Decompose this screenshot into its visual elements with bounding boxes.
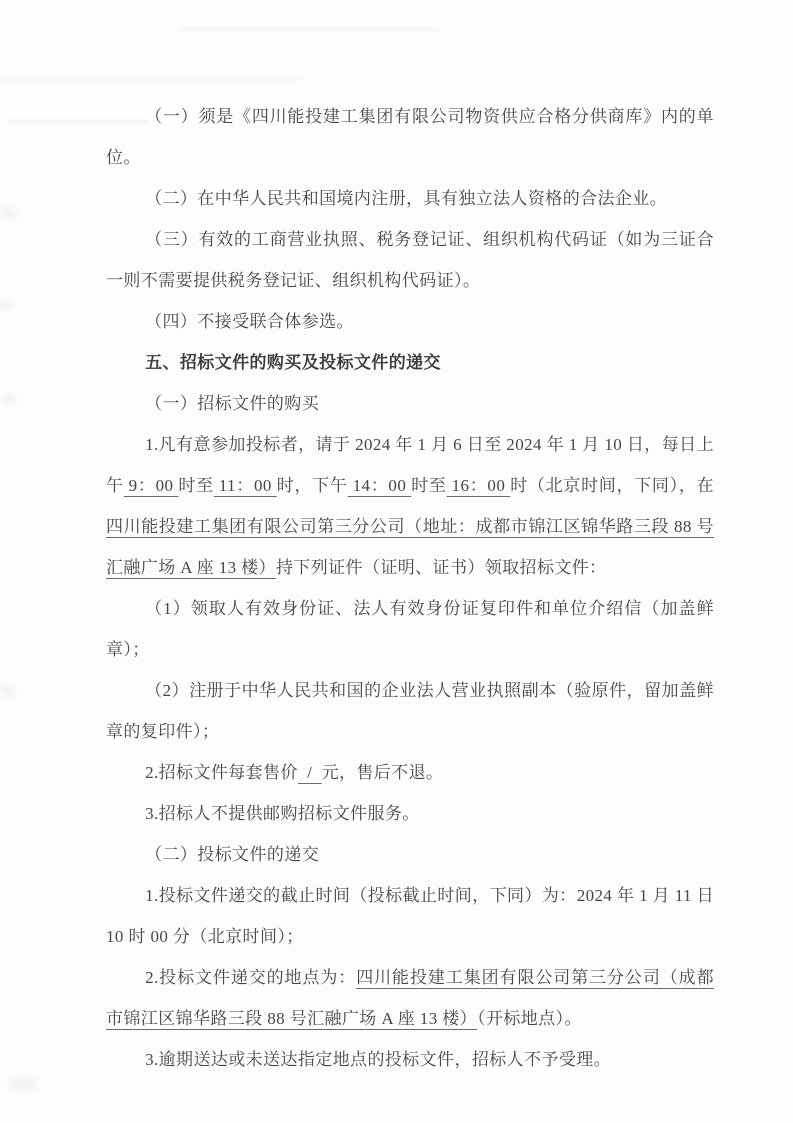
text-segment: 3.招标人不提供邮购招标文件服务。 [145,804,420,823]
paragraph-purchase-item-3: 3.招标人不提供邮购招标文件服务。 [106,793,714,834]
underlined-text-segment: 11：00 [214,476,277,495]
text-segment: 元，售后不退。 [322,763,444,782]
text-segment: 时至 [411,476,446,495]
paragraph-clause-2: （二）在中华人民共和国境内注册，具有独立法人资格的合法企业。 [106,178,714,219]
text-segment: 持下列证件（证明、证书）领取招标文件： [276,558,607,577]
text-segment: （四）不接受联合体参选。 [145,312,354,331]
underlined-text-segment: / [298,763,322,782]
text-segment: （三）有效的工商营业执照、税务登记证、组织机构代码证（如为三证合一则不需要提供税… [106,230,714,290]
paragraph-submission-item-2: 2.投标文件递交的地点为：四川能投建工集团有限公司第三分公司（成都市锦江区锦华路… [106,957,714,1039]
paragraph-clause-1: （一）须是《四川能投建工集团有限公司物资供应合格分供商库》内的单位。 [106,96,714,178]
text-segment: 时至 [178,476,213,495]
paragraph-clause-4: （四）不接受联合体参选。 [106,301,714,342]
underlined-text-segment: 14：00 [348,476,412,495]
paragraph-purchase-item-1: 1.凡有意参加投标者，请于 2024 年 1 月 6 日至 2024 年 1 月… [106,424,714,588]
paragraph-subsection-2-title: （二）投标文件的递交 [106,834,714,875]
scan-artifact [2,394,15,403]
paragraph-credential-item-2: （2）注册于中华人民共和国的企业法人营业执照副本（验原件，留加盖鲜章的复印件）； [106,670,714,752]
scan-streak [180,28,440,31]
section-heading: 五、招标文件的购买及投标文件的递交 [106,342,714,383]
document-body: （一）须是《四川能投建工集团有限公司物资供应合格分供商库》内的单位。（二）在中华… [106,96,714,1080]
text-segment: （二）投标文件的递交 [145,845,319,864]
text-segment: （二）在中华人民共和国境内注册，具有独立法人资格的合法企业。 [145,189,667,208]
scanned-document-page: （一）须是《四川能投建工集团有限公司物资供应合格分供商库》内的单位。（二）在中华… [0,0,793,1123]
paragraph-credential-item-1: （1）领取人有效身份证、法人有效身份证复印件和单位介绍信（加盖鲜章）； [106,588,714,670]
paragraph-purchase-item-2: 2.招标文件每套售价 / 元，售后不退。 [106,752,714,793]
text-segment: 2.投标文件递交的地点为： [145,968,356,987]
text-segment: 时（北京时间，下同），在 [510,476,714,495]
scan-artifact [0,300,12,309]
scan-artifact [2,208,16,218]
underlined-text-segment: 16：00 [447,476,511,495]
text-segment: 五、招标文件的购买及投标文件的递交 [145,353,441,372]
text-segment: （一）须是《四川能投建工集团有限公司物资供应合格分供商库》内的单位。 [106,107,714,167]
paragraph-submission-item-1: 1.投标文件递交的截止时间（投标截止时间，下同）为：2024 年 1 月 11 … [106,875,714,957]
text-segment: 时，下午 [277,476,348,495]
scan-streak [0,78,300,81]
text-segment: （2）注册于中华人民共和国的企业法人营业执照副本（验原件，留加盖鲜章的复印件）； [106,681,714,741]
paragraph-submission-item-3: 3.逾期送达或未送达指定地点的投标文件，招标人不予受理。 [106,1039,714,1080]
text-segment: （1）领取人有效身份证、法人有效身份证复印件和单位介绍信（加盖鲜章）； [106,599,714,659]
scan-artifact [10,1078,36,1090]
underlined-text-segment: 9：00 [124,476,179,495]
paragraph-clause-3: （三）有效的工商营业执照、税务登记证、组织机构代码证（如为三证合一则不需要提供税… [106,219,714,301]
text-segment: 1.投标文件递交的截止时间（投标截止时间，下同）为：2024 年 1 月 11 … [106,886,719,946]
text-segment: 2.招标文件每套售价 [145,763,298,782]
text-segment: （一）招标文件的购买 [145,394,319,413]
paragraph-subsection-1-title: （一）招标文件的购买 [106,383,714,424]
text-segment: 3.逾期送达或未送达指定地点的投标文件，招标人不予受理。 [145,1050,611,1069]
text-segment: （开标地点）。 [477,1009,582,1028]
scan-artifact [0,686,14,696]
